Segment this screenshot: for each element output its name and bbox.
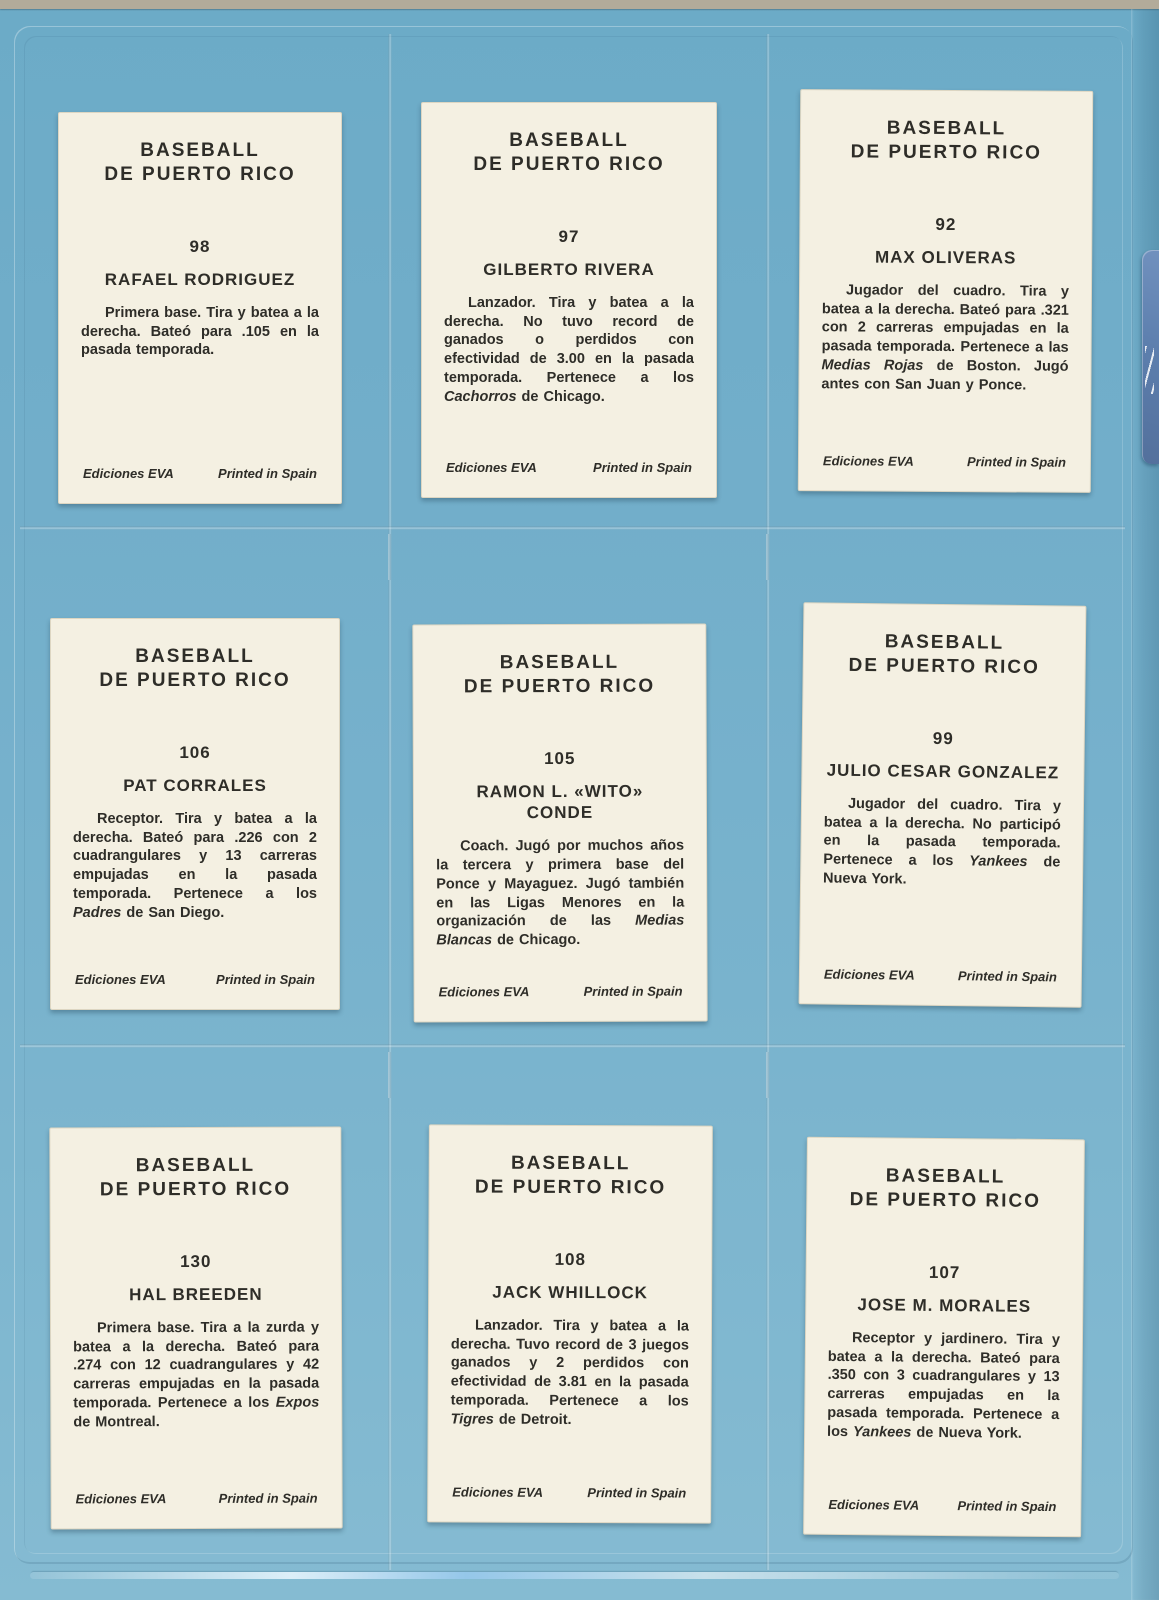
set-title-line: DE PUERTO RICO	[73, 669, 317, 693]
card-description: Coach. Jugó por muchos años la tercera y…	[436, 837, 684, 951]
card-description: Jugador del cuadro. Tira y batea a la de…	[823, 794, 1061, 891]
card-number: 106	[73, 743, 317, 763]
player-name-line: JACK WHILLOCK	[451, 1281, 689, 1303]
navy-card-edge-marks	[1145, 346, 1154, 394]
player-name-line: MAX OLIVERAS	[822, 246, 1069, 269]
publisher-credit: Ediciones EVA	[823, 453, 914, 469]
card-description: Jugador del cuadro. Tira y batea a la de…	[821, 281, 1069, 396]
player-name-line: RAMON L. «WITO»	[436, 780, 684, 802]
set-title-line: BASEBALL	[73, 645, 317, 669]
card-footer: Ediciones EVA Printed in Spain	[821, 453, 1068, 470]
print-origin: Printed in Spain	[218, 466, 317, 481]
player-name-line: RAFAEL RODRIGUEZ	[81, 269, 319, 290]
card-description: Lanzador. Tira y batea a la derecha. No …	[444, 294, 694, 407]
baseball-card-107: BASEBALL DE PUERTO RICO 107 JOSE M. MORA…	[803, 1137, 1085, 1538]
set-title-line: BASEBALL	[823, 116, 1070, 141]
print-origin: Printed in Spain	[593, 460, 692, 475]
card-footer: Ediciones EVA Printed in Spain	[450, 1484, 688, 1500]
card-number: 97	[444, 227, 694, 247]
publisher-credit: Ediciones EVA	[828, 1497, 919, 1513]
set-title-line: BASEBALL	[452, 1151, 690, 1176]
card-footer: Ediciones EVA Printed in Spain	[74, 1491, 320, 1507]
card-description: Primera base. Tira a la zurda y batea a …	[73, 1318, 319, 1432]
baseball-card-105: BASEBALL DE PUERTO RICO 105 RAMON L. «WI…	[412, 623, 707, 1022]
pocket-slit	[766, 1052, 769, 1098]
card-number: 107	[829, 1261, 1061, 1283]
print-origin: Printed in Spain	[219, 1491, 318, 1506]
publisher-credit: Ediciones EVA	[452, 1484, 543, 1499]
pocket-seam-vertical-2	[766, 34, 770, 1570]
player-name-line: JOSE M. MORALES	[828, 1293, 1060, 1316]
scanned-binder-page: BASEBALL DE PUERTO RICO 98 RAFAEL RODRIG…	[0, 0, 1159, 1600]
player-name: HAL BREEDEN	[73, 1283, 319, 1305]
card-footer: Ediciones EVA Printed in Spain	[826, 1497, 1058, 1514]
print-origin: Printed in Spain	[584, 984, 683, 999]
publisher-credit: Ediciones EVA	[824, 967, 915, 983]
set-title-line: BASEBALL	[72, 1154, 318, 1179]
player-name: JACK WHILLOCK	[451, 1281, 689, 1303]
player-name: MAX OLIVERAS	[822, 246, 1069, 269]
pocket-seam-bottom-highlight	[30, 1572, 1119, 1579]
player-name-line: GILBERTO RIVERA	[444, 259, 694, 280]
player-name-line: HAL BREEDEN	[73, 1283, 319, 1305]
player-name-line: PAT CORRALES	[73, 775, 317, 796]
card-description: Lanzador. Tira y batea a la derecha. Tuv…	[451, 1316, 689, 1430]
print-origin: Printed in Spain	[957, 1498, 1056, 1514]
card-footer: Ediciones EVA Printed in Spain	[444, 460, 694, 475]
card-description: Receptor. Tira y batea a la derecha. Bat…	[73, 810, 317, 923]
set-title-line: BASEBALL	[444, 129, 694, 153]
card-set-title: BASEBALL DE PUERTO RICO	[435, 651, 683, 699]
set-title-line: DE PUERTO RICO	[444, 153, 694, 177]
publisher-credit: Ediciones EVA	[83, 466, 174, 481]
set-title-line: DE PUERTO RICO	[829, 1188, 1061, 1214]
pocket-slit	[388, 1052, 391, 1098]
card-set-title: BASEBALL DE PUERTO RICO	[823, 116, 1070, 165]
card-footer: Ediciones EVA Printed in Spain	[73, 972, 317, 987]
pocket-slit	[766, 534, 769, 580]
scan-edge	[0, 0, 1159, 9]
baseball-card-97: BASEBALL DE PUERTO RICO 97 GILBERTO RIVE…	[421, 102, 717, 498]
player-name: JULIO CESAR GONZALEZ	[824, 759, 1061, 783]
player-name: PAT CORRALES	[73, 775, 317, 796]
card-footer: Ediciones EVA Printed in Spain	[437, 984, 685, 1000]
baseball-card-98: BASEBALL DE PUERTO RICO 98 RAFAEL RODRIG…	[58, 112, 342, 504]
set-title-line: BASEBALL	[435, 651, 683, 676]
card-set-title: BASEBALL DE PUERTO RICO	[826, 630, 1064, 680]
card-number: 108	[451, 1249, 689, 1270]
publisher-credit: Ediciones EVA	[75, 972, 166, 987]
set-title-line: DE PUERTO RICO	[823, 140, 1070, 165]
print-origin: Printed in Spain	[958, 968, 1057, 984]
publisher-credit: Ediciones EVA	[439, 984, 530, 999]
card-set-title: BASEBALL DE PUERTO RICO	[72, 1154, 318, 1202]
pocket-seam-horizontal-1	[20, 526, 1125, 530]
baseball-card-99: BASEBALL DE PUERTO RICO 99 JULIO CESAR G…	[799, 602, 1087, 1007]
card-number: 92	[822, 214, 1069, 236]
set-title-line: BASEBALL	[826, 630, 1063, 657]
player-name: GILBERTO RIVERA	[444, 259, 694, 280]
baseball-card-106: BASEBALL DE PUERTO RICO 106 PAT CORRALES…	[50, 618, 340, 1010]
pocket-seam-vertical-1	[388, 34, 392, 1570]
set-title-line: DE PUERTO RICO	[435, 674, 683, 699]
print-origin: Printed in Spain	[216, 972, 315, 987]
pocket-slit	[388, 534, 391, 580]
set-title-line: BASEBALL	[81, 139, 319, 163]
print-origin: Printed in Spain	[587, 1485, 686, 1500]
card-set-title: BASEBALL DE PUERTO RICO	[444, 129, 694, 177]
navy-card-edge	[1142, 250, 1159, 464]
set-title-line: DE PUERTO RICO	[826, 653, 1063, 680]
page-right-edge	[1131, 9, 1159, 1600]
card-number: 98	[81, 237, 319, 257]
set-title-line: BASEBALL	[829, 1164, 1061, 1190]
card-number: 130	[73, 1251, 319, 1272]
card-set-title: BASEBALL DE PUERTO RICO	[81, 139, 319, 187]
pocket-seam-horizontal-2	[20, 1044, 1125, 1048]
set-title-line: DE PUERTO RICO	[81, 163, 319, 187]
card-description: Receptor y jardinero. Tira y batea a la …	[827, 1329, 1060, 1444]
card-number: 105	[436, 748, 684, 769]
player-name: RAMON L. «WITO» CONDE	[436, 780, 684, 823]
card-footer: Ediciones EVA Printed in Spain	[81, 466, 319, 481]
set-title-line: DE PUERTO RICO	[452, 1175, 690, 1200]
baseball-card-108: BASEBALL DE PUERTO RICO 108 JACK WHILLOC…	[427, 1124, 713, 1523]
card-set-title: BASEBALL DE PUERTO RICO	[73, 645, 317, 693]
player-name-line: CONDE	[436, 801, 684, 823]
player-name: JOSE M. MORALES	[828, 1293, 1060, 1316]
set-title-line: DE PUERTO RICO	[72, 1177, 318, 1202]
publisher-credit: Ediciones EVA	[446, 460, 537, 475]
card-footer: Ediciones EVA Printed in Spain	[822, 967, 1059, 985]
card-number: 99	[825, 727, 1062, 750]
player-name-line: JULIO CESAR GONZALEZ	[824, 759, 1061, 783]
card-set-title: BASEBALL DE PUERTO RICO	[452, 1151, 690, 1200]
print-origin: Printed in Spain	[967, 454, 1066, 470]
player-name: RAFAEL RODRIGUEZ	[81, 269, 319, 290]
publisher-credit: Ediciones EVA	[76, 1491, 167, 1506]
baseball-card-92: BASEBALL DE PUERTO RICO 92 MAX OLIVERAS …	[798, 89, 1093, 493]
card-set-title: BASEBALL DE PUERTO RICO	[829, 1164, 1061, 1214]
card-description: Primera base. Tira y batea a la derecha.…	[81, 304, 319, 361]
baseball-card-130: BASEBALL DE PUERTO RICO 130 HAL BREEDEN …	[49, 1126, 342, 1529]
